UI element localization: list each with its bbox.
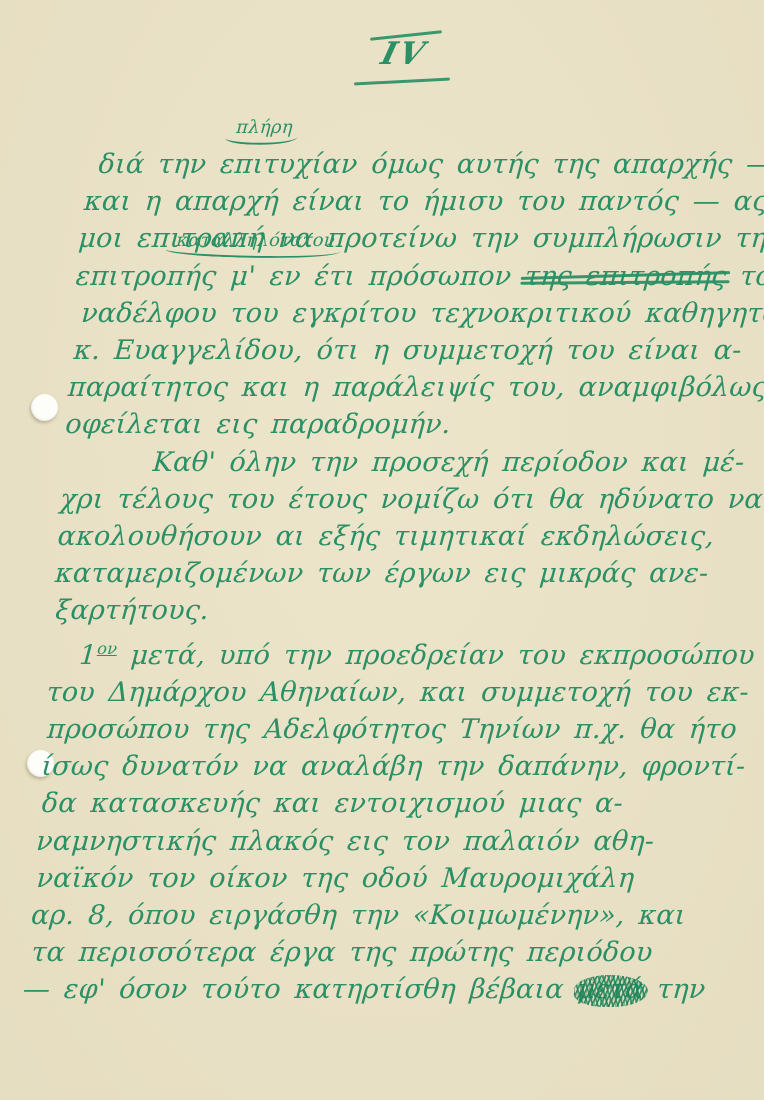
manuscript-line: επιτροπής μ' εν έτι πρόσωπον της επιτροπ… [75, 258, 718, 295]
handwritten-text: Καθ' όλην την προσεχή περίοδον και μέ- [152, 447, 746, 478]
manuscript-line: κ. Ευαγγελίδου, ότι η συμμετοχή του είνα… [72, 332, 712, 369]
manuscript-line: δα κατασκευής και εντοιχισμού μιας α- [41, 785, 681, 822]
struck-out-text: της επιτροπής [524, 261, 728, 292]
handwritten-text: διά την επιτυχίαν όμως αυτής της απαρχής… [98, 149, 764, 180]
handwritten-text: ίσως δυνατόν να αναλάβη την δαπάνην, φρο… [41, 751, 747, 782]
handwritten-text: ακολουθήσουν αι εξής τιμητικαί εκδηλώσει… [57, 521, 716, 552]
superscript-ordinal: ον [97, 639, 118, 658]
manuscript-line: χρι τέλους του έτους νομίζω ότι θα ηδύνα… [59, 481, 702, 518]
manuscript-line: καταμεριζομένων των έργων εις μικράς ανε… [54, 555, 697, 592]
inserted-word-above-line: πλήρη [236, 119, 294, 137]
handwritten-text: του Δημάρχου Αθηναίων, και συμμετοχή του… [46, 677, 750, 708]
handwritten-text: ξαρτήτους. [54, 595, 210, 626]
manuscript-line: προσώπου της Αδελφότητος Τηνίων π.χ. θα … [46, 711, 686, 748]
handwritten-text: και η απαρχή είναι το ήμισυ του παντός —… [83, 186, 764, 217]
handwritten-text: την [642, 974, 706, 1005]
manuscript-line: αρ. 8, όπου ειργάσθη την «Κοιμωμένην», κ… [30, 897, 673, 934]
manuscript-page: IV διά την επιτυχίαν όμως αυτής της απαρ… [0, 0, 764, 1100]
manuscript-line: ναϊκόν τον οίκον της οδού Μαυρομιχάλη [35, 860, 675, 897]
manuscript-line: και η απαρχή είναι το ήμισυ του παντός —… [83, 183, 723, 220]
handwritten-text: μετά, υπό την προεδρείαν του εκπροσώπου [116, 640, 756, 671]
manuscript-line: Καθ' όλην την προσεχή περίοδον και μέ- [152, 444, 705, 481]
handwritten-text: προσώπου της Αδελφότητος Τηνίων π.χ. θα … [46, 714, 738, 745]
handwritten-text: αρ. 8, όπου ειργάσθη την «Κοιμωμένην», κ… [30, 900, 687, 931]
page-number-block: IV [348, 30, 458, 90]
handwritten-text: ναϊκόν τον οίκον της οδού Μαυρομιχάλη [36, 863, 636, 894]
manuscript-text: διά την επιτυχίαν όμως αυτής της απαρχής… [25, 146, 725, 1009]
manuscript-line: ίσως δυνατόν να αναλάβη την δαπάνην, φρο… [40, 748, 683, 785]
handwritten-text: κ. Ευαγγελίδου, ότι η συμμετοχή του είνα… [73, 335, 743, 366]
handwritten-text: 1 [78, 640, 98, 671]
manuscript-line: 1ον μετά, υπό την προεδρείαν του εκπροσώ… [78, 630, 691, 674]
manuscript-line: ναμνηστικής πλακός εις τον παλαιόν αθη- [35, 823, 678, 860]
manuscript-line: διά την επιτυχίαν όμως αυτής της απαρχής… [97, 146, 725, 183]
handwritten-text: παραίτητος και η παράλειψίς του, αναμφιβ… [67, 372, 764, 403]
handwritten-text: ναμνηστικής πλακός εις τον παλαιόν αθη- [35, 826, 655, 857]
handwritten-text: δα κατασκευής και εντοιχισμού μιας α- [41, 788, 624, 819]
handwritten-text: ναδέλφου του εγκρίτου τεχνοκριτικού καθη… [80, 298, 764, 329]
handwritten-text: καταμεριζομένων των έργων εις μικράς ανε… [54, 558, 709, 589]
inserted-word-above-line: καταλληλότατον [176, 232, 336, 250]
handwritten-text: του συ- [725, 261, 764, 292]
manuscript-line: ακολουθήσουν αι εξής τιμητικαί εκδηλώσει… [56, 518, 699, 555]
handwritten-text: — εφ' όσον τούτο κατηρτίσθη βέβαια [22, 974, 579, 1005]
manuscript-line: παραίτητος και η παράλειψίς του, αναμφιβ… [67, 369, 710, 406]
handwritten-text: τα περισσότερα έργα της πρώτης περιόδου [31, 937, 654, 968]
manuscript-line: ξαρτήτους. [54, 592, 694, 629]
manuscript-line: — εφ' όσον τούτο κατηρτίσθη βέβαια μετά … [22, 971, 668, 1008]
manuscript-line: ναδέλφου του εγκρίτου τεχνοκριτικού καθη… [80, 295, 715, 332]
manuscript-line: οφείλεται εις παραδρομήν. [64, 406, 707, 443]
manuscript-line: τα περισσότερα έργα της πρώτης περιόδου [30, 934, 670, 971]
scribbled-out-text: μετά [576, 974, 644, 1005]
handwritten-text: χρι τέλους του έτους νομίζω ότι θα ηδύνα… [59, 484, 764, 515]
page-number-underline [354, 77, 450, 85]
handwritten-text: οφείλεται εις παραδρομήν. [64, 409, 451, 440]
handwritten-text: επιτροπής μ' εν έτι πρόσωπον [75, 261, 526, 292]
page-number: IV [378, 36, 432, 72]
manuscript-line: του Δημάρχου Αθηναίων, και συμμετοχή του… [45, 674, 688, 711]
hole-punch-top [31, 394, 58, 421]
